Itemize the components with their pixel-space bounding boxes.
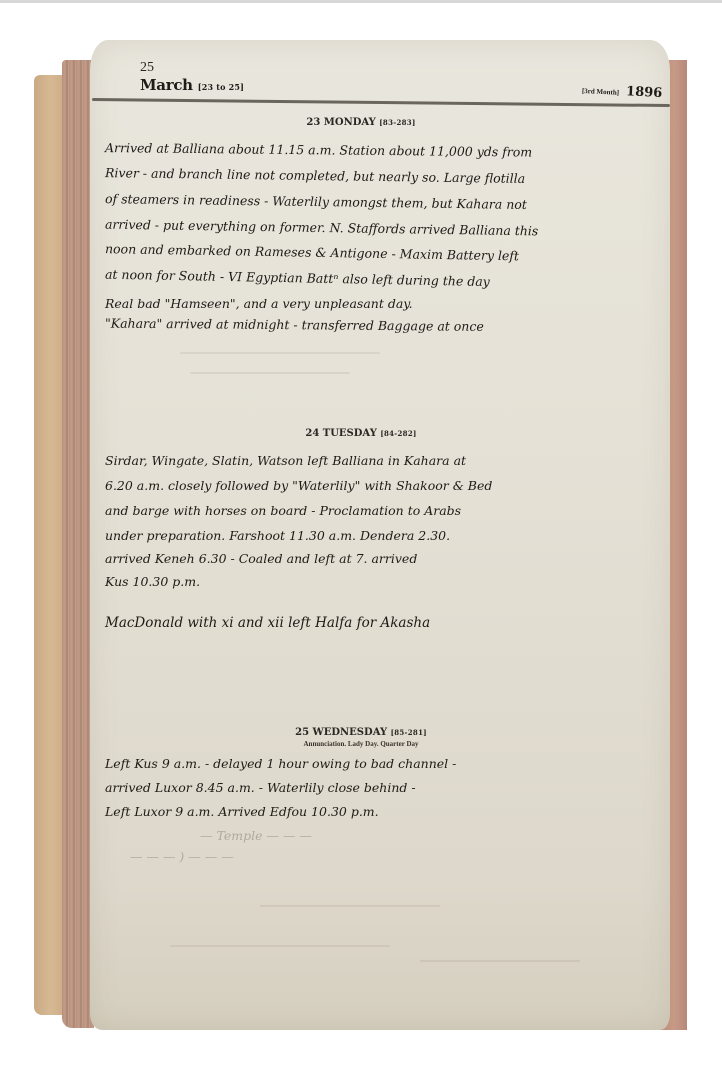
entry-line: under preparation. Farshoot 11.30 a.m. D… [105, 530, 665, 543]
date-range: [23 to 25] [198, 82, 244, 92]
top-border [0, 0, 722, 3]
page-number: 25 [140, 60, 154, 76]
entry-line: Sirdar, Wingate, Slatin, Watson left Bal… [105, 455, 665, 468]
bleed-through-mark [190, 372, 350, 374]
bleed-through-mark [420, 960, 580, 962]
entry-line: Left Kus 9 a.m. - delayed 1 hour owing t… [105, 758, 665, 771]
day-heading-24: 24 TUESDAY [84-282] [0, 428, 722, 439]
bleed-through-mark [260, 905, 440, 907]
bleed-through-text: — Temple — — — [200, 830, 722, 843]
entry-line: 6.20 a.m. closely followed by "Waterlily… [105, 480, 665, 493]
day-subheading-25: Annunciation. Lady Day. Quarter Day [0, 740, 722, 748]
entry-line: Real bad "Hamseen", and a very unpleasan… [105, 298, 665, 311]
entry-note: MacDonald with xi and xii left Halfa for… [105, 617, 665, 631]
month-qualifier: [3rd Month] [582, 87, 620, 97]
day-heading-25: 25 WEDNESDAY [85-281] [0, 727, 722, 738]
bleed-through-text: — — — ) — — — [130, 851, 690, 864]
entry-line: arrived Luxor 8.45 a.m. - Waterlily clos… [105, 782, 665, 795]
month-heading: March [23 to 25] [140, 76, 244, 94]
entry-line: and barge with horses on board - Proclam… [105, 505, 665, 518]
bleed-through-mark [180, 352, 380, 354]
month-name: March [140, 76, 193, 94]
entry-line: Left Luxor 9 a.m. Arrived Edfou 10.30 p.… [105, 806, 665, 819]
year: 1896 [626, 84, 663, 101]
bleed-through-mark [170, 945, 390, 947]
day-heading-23: 23 MONDAY [83-283] [0, 117, 722, 128]
entry-line: arrived Keneh 6.30 - Coaled and left at … [105, 553, 665, 566]
entry-line: Kus 10.30 p.m. [105, 576, 665, 589]
